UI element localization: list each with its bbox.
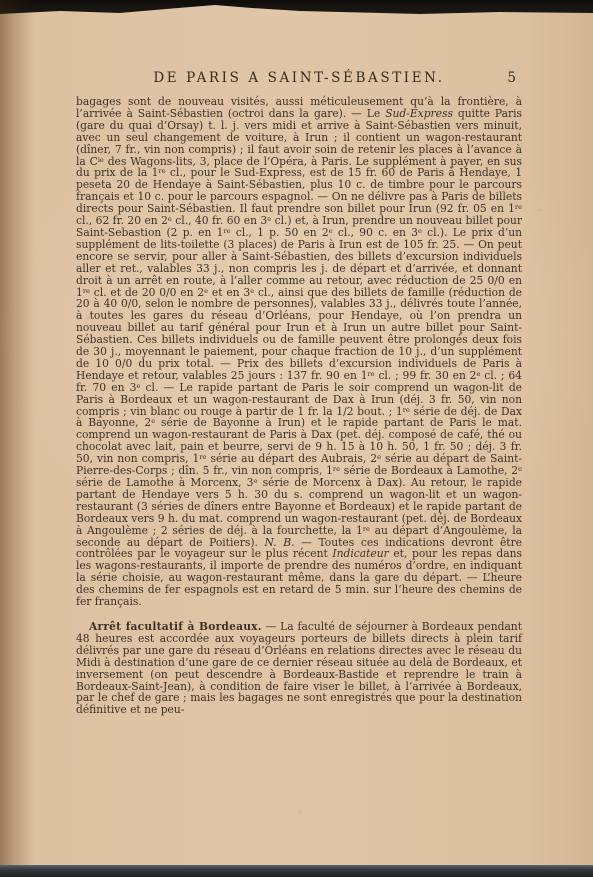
paragraph: Arrêt facultatif à Bordeaux. — La facult… <box>76 621 522 716</box>
page-header: DE PARIS A SAINT-SÉBASTIEN. 5 <box>76 70 522 88</box>
page-body-text: bagages sont de nouveau visités, aussi m… <box>76 96 522 716</box>
running-title: DE PARIS A SAINT-SÉBASTIEN. <box>76 70 522 86</box>
scan-top-edge <box>0 0 593 18</box>
scanned-book-page: DE PARIS A SAINT-SÉBASTIEN. 5 bagages so… <box>0 0 593 877</box>
binding-gutter-shadow <box>0 0 34 877</box>
page-number: 5 <box>507 70 516 86</box>
scan-bottom-edge <box>0 865 593 877</box>
paragraph: bagages sont de nouveau visités, aussi m… <box>76 96 522 608</box>
